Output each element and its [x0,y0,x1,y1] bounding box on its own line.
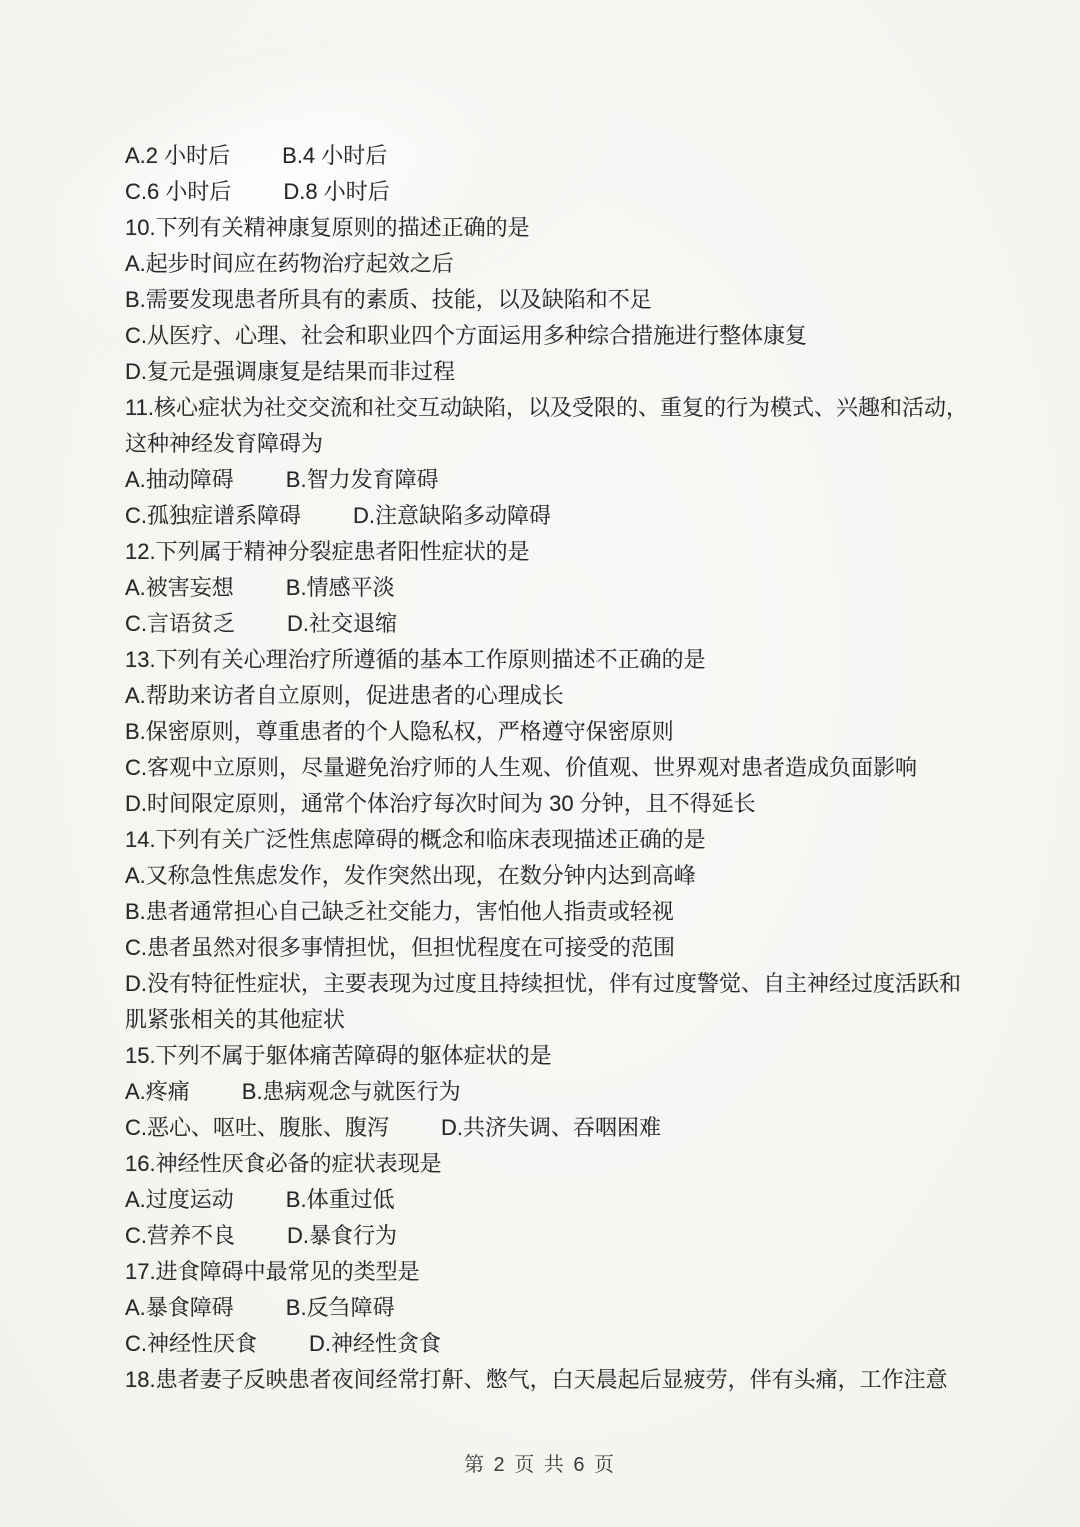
exam-text-line: 18.患者妻子反映患者夜间经常打鼾、憋气，白天晨起后显疲劳，伴有头痛，工作注意 [125,1362,1045,1398]
exam-text-line: 11.核心症状为社交交流和社交互动缺陷，以及受限的、重复的行为模式、兴趣和活动， [125,390,1045,426]
option-col1: C.恶心、呕吐、腹胀、腹泻 [125,1115,389,1140]
exam-text-line: C.从医疗、心理、社会和职业四个方面运用多种综合措施进行整体康复 [125,318,1045,354]
option-col1: C.营养不良 [125,1223,235,1248]
option-pair-line: C.孤独症谱系障碍D.注意缺陷多动障碍 [125,498,1045,534]
option-col1: C.言语贫乏 [125,611,235,636]
exam-text-line: B.患者通常担心自己缺乏社交能力，害怕他人指责或轻视 [125,894,1045,930]
option-col1: A.被害妄想 [125,575,234,600]
exam-text-line: D.没有特征性症状，主要表现为过度且持续担忧，伴有过度警觉、自主神经过度活跃和 [125,966,1045,1002]
option-col2: D.共济失调、吞咽困难 [441,1115,661,1140]
option-col1: C.6 小时后 [125,179,231,204]
option-pair-line: C.言语贫乏D.社交退缩 [125,606,1045,642]
page-footer: 第 2 页 共 6 页 [0,1452,1080,1478]
exam-text-line: A.帮助来访者自立原则，促进患者的心理成长 [125,678,1045,714]
option-col1: A.抽动障碍 [125,467,234,492]
option-pair-line: A.被害妄想B.情感平淡 [125,570,1045,606]
option-pair-line: C.神经性厌食D.神经性贪食 [125,1326,1045,1362]
exam-body: A.2 小时后B.4 小时后C.6 小时后D.8 小时后10.下列有关精神康复原… [125,138,1045,1398]
exam-text-line: D.复元是强调康复是结果而非过程 [125,354,1045,390]
option-col1: C.神经性厌食 [125,1331,257,1356]
option-col2: D.8 小时后 [283,179,389,204]
option-col2: B.反刍障碍 [286,1295,395,1320]
exam-text-line: A.又称急性焦虑发作，发作突然出现，在数分钟内达到高峰 [125,858,1045,894]
option-col2: D.社交退缩 [287,611,397,636]
exam-text-line: 肌紧张相关的其他症状 [125,1002,1045,1038]
option-pair-line: A.抽动障碍B.智力发育障碍 [125,462,1045,498]
option-col1: A.暴食障碍 [125,1295,234,1320]
option-col2: D.神经性贪食 [309,1331,441,1356]
exam-text-line: C.患者虽然对很多事情担忧，但担忧程度在可接受的范围 [125,930,1045,966]
exam-text-line: C.客观中立原则，尽量避免治疗师的人生观、价值观、世界观对患者造成负面影响 [125,750,1045,786]
option-pair-line: A.2 小时后B.4 小时后 [125,138,1045,174]
option-pair-line: A.疼痛B.患病观念与就医行为 [125,1074,1045,1110]
option-col1: C.孤独症谱系障碍 [125,503,301,528]
exam-text-line: 17.进食障碍中最常见的类型是 [125,1254,1045,1290]
exam-text-line: 16.神经性厌食必备的症状表现是 [125,1146,1045,1182]
option-pair-line: A.过度运动B.体重过低 [125,1182,1045,1218]
option-col1: A.2 小时后 [125,143,230,168]
option-pair-line: C.恶心、呕吐、腹胀、腹泻D.共济失调、吞咽困难 [125,1110,1045,1146]
exam-text-line: B.需要发现患者所具有的素质、技能，以及缺陷和不足 [125,282,1045,318]
exam-text-line: B.保密原则，尊重患者的个人隐私权，严格遵守保密原则 [125,714,1045,750]
exam-text-line: 10.下列有关精神康复原则的描述正确的是 [125,210,1045,246]
exam-text-line: 13.下列有关心理治疗所遵循的基本工作原则描述不正确的是 [125,642,1045,678]
option-col2: B.体重过低 [286,1187,395,1212]
exam-text-line: 这种神经发育障碍为 [125,426,1045,462]
option-col2: D.暴食行为 [287,1223,397,1248]
option-col2: B.情感平淡 [286,575,395,600]
option-col2: D.注意缺陷多动障碍 [353,503,551,528]
option-col2: B.智力发育障碍 [286,467,439,492]
option-pair-line: C.营养不良D.暴食行为 [125,1218,1045,1254]
option-col1: A.过度运动 [125,1187,234,1212]
exam-text-line: 15.下列不属于躯体痛苦障碍的躯体症状的是 [125,1038,1045,1074]
exam-text-line: D.时间限定原则，通常个体治疗每次时间为 30 分钟，且不得延长 [125,786,1045,822]
exam-text-line: 14.下列有关广泛性焦虑障碍的概念和临床表现描述正确的是 [125,822,1045,858]
option-pair-line: A.暴食障碍B.反刍障碍 [125,1290,1045,1326]
option-col2: B.4 小时后 [282,143,387,168]
option-col2: B.患病观念与就医行为 [242,1079,461,1104]
exam-text-line: A.起步时间应在药物治疗起效之后 [125,246,1045,282]
option-pair-line: C.6 小时后D.8 小时后 [125,174,1045,210]
option-col1: A.疼痛 [125,1079,190,1104]
exam-text-line: 12.下列属于精神分裂症患者阳性症状的是 [125,534,1045,570]
